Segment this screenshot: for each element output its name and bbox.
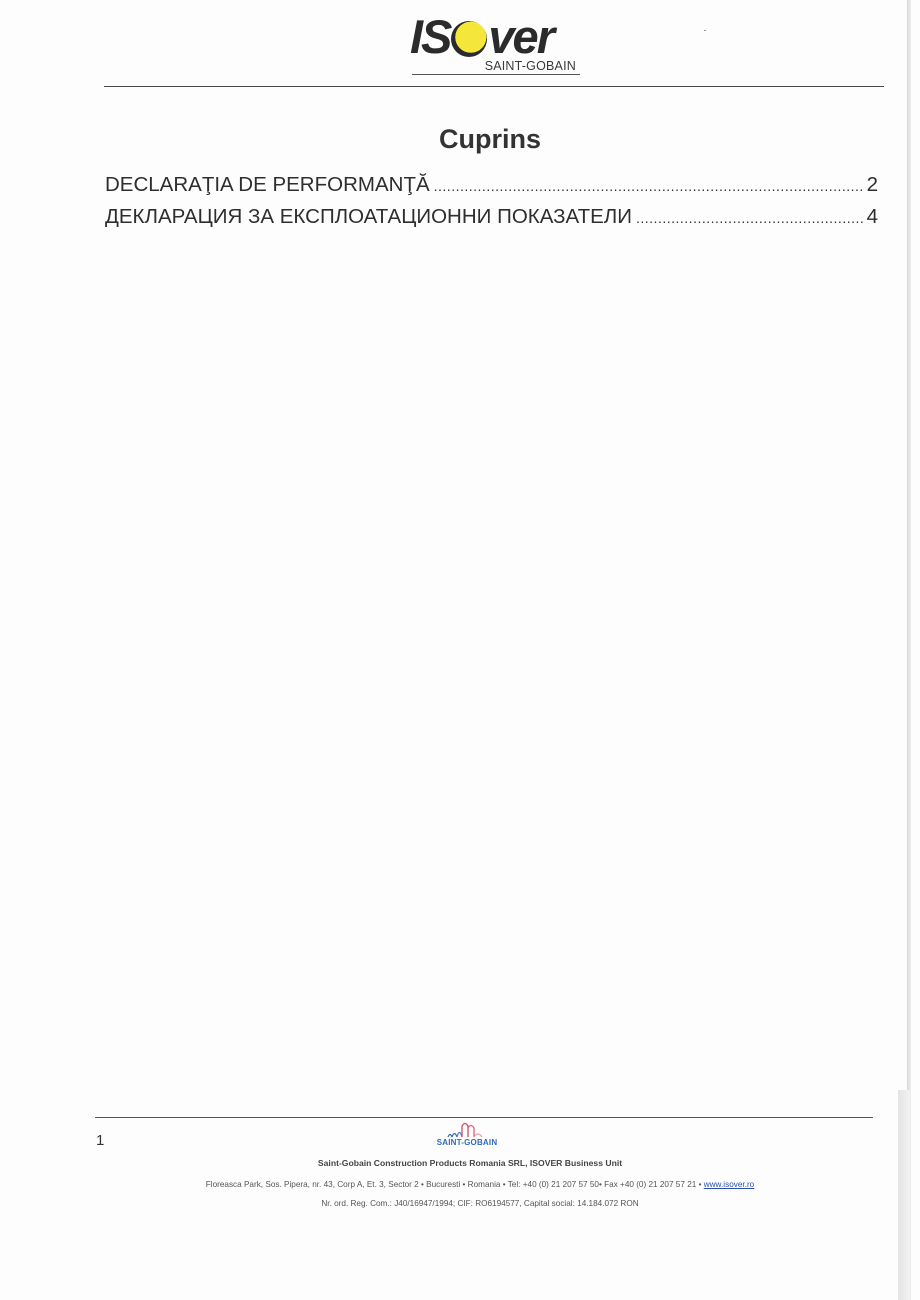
saint-gobain-arch-icon <box>446 1120 488 1138</box>
saint-gobain-logo: SAINT-GOBAIN <box>432 1120 502 1148</box>
table-of-contents: DECLARAŢIA DE PERFORMANŢĂ ..............… <box>105 171 878 235</box>
toc-entry-label: ДЕКЛАРАЦИЯ ЗА ЕКСПЛОАТАЦИОННИ ПОКАЗАТЕЛИ <box>105 203 632 231</box>
scan-speck <box>704 30 706 31</box>
toc-leader-dots: ........................................… <box>434 172 865 200</box>
scan-edge-shadow <box>898 1090 910 1300</box>
toc-entry-label: DECLARAŢIA DE PERFORMANŢĂ <box>105 171 430 199</box>
website-link[interactable]: www.isover.ro <box>704 1180 755 1189</box>
isover-logo: IS ver SAINT-GOBAIN <box>410 16 580 78</box>
toc-entry[interactable]: DECLARAŢIA DE PERFORMANŢĂ ..............… <box>105 171 878 203</box>
isover-wordmark: IS ver <box>410 16 553 58</box>
footer-company: Saint-Gobain Construction Products Roman… <box>0 1158 920 1168</box>
header-divider <box>104 86 884 87</box>
toc-entry[interactable]: ДЕКЛАРАЦИЯ ЗА ЕКСПЛОАТАЦИОННИ ПОКАЗАТЕЛИ… <box>105 203 878 235</box>
logo-suffix: ver <box>488 16 553 58</box>
footer-address: Floreasca Park, Sos. Pipera, nr. 43, Cor… <box>0 1180 920 1189</box>
logo-prefix: IS <box>410 16 450 58</box>
logo-underline <box>412 74 580 75</box>
toc-entry-page: 2 <box>867 171 878 199</box>
toc-entry-page: 4 <box>867 203 878 231</box>
toc-leader-dots: ........................................… <box>636 204 865 232</box>
sun-o-icon <box>451 21 487 57</box>
footer-divider <box>95 1117 873 1118</box>
toc-title: Cuprins <box>0 124 920 155</box>
saint-gobain-logo-text: SAINT-GOBAIN <box>432 1138 502 1147</box>
page-number: 1 <box>96 1132 104 1149</box>
footer-registration: Nr. ord. Reg. Com.: J40/16947/1994; CIF:… <box>0 1199 920 1208</box>
footer-address-text: Floreasca Park, Sos. Pipera, nr. 43, Cor… <box>206 1180 704 1189</box>
logo-subtitle: SAINT-GOBAIN <box>485 59 576 73</box>
